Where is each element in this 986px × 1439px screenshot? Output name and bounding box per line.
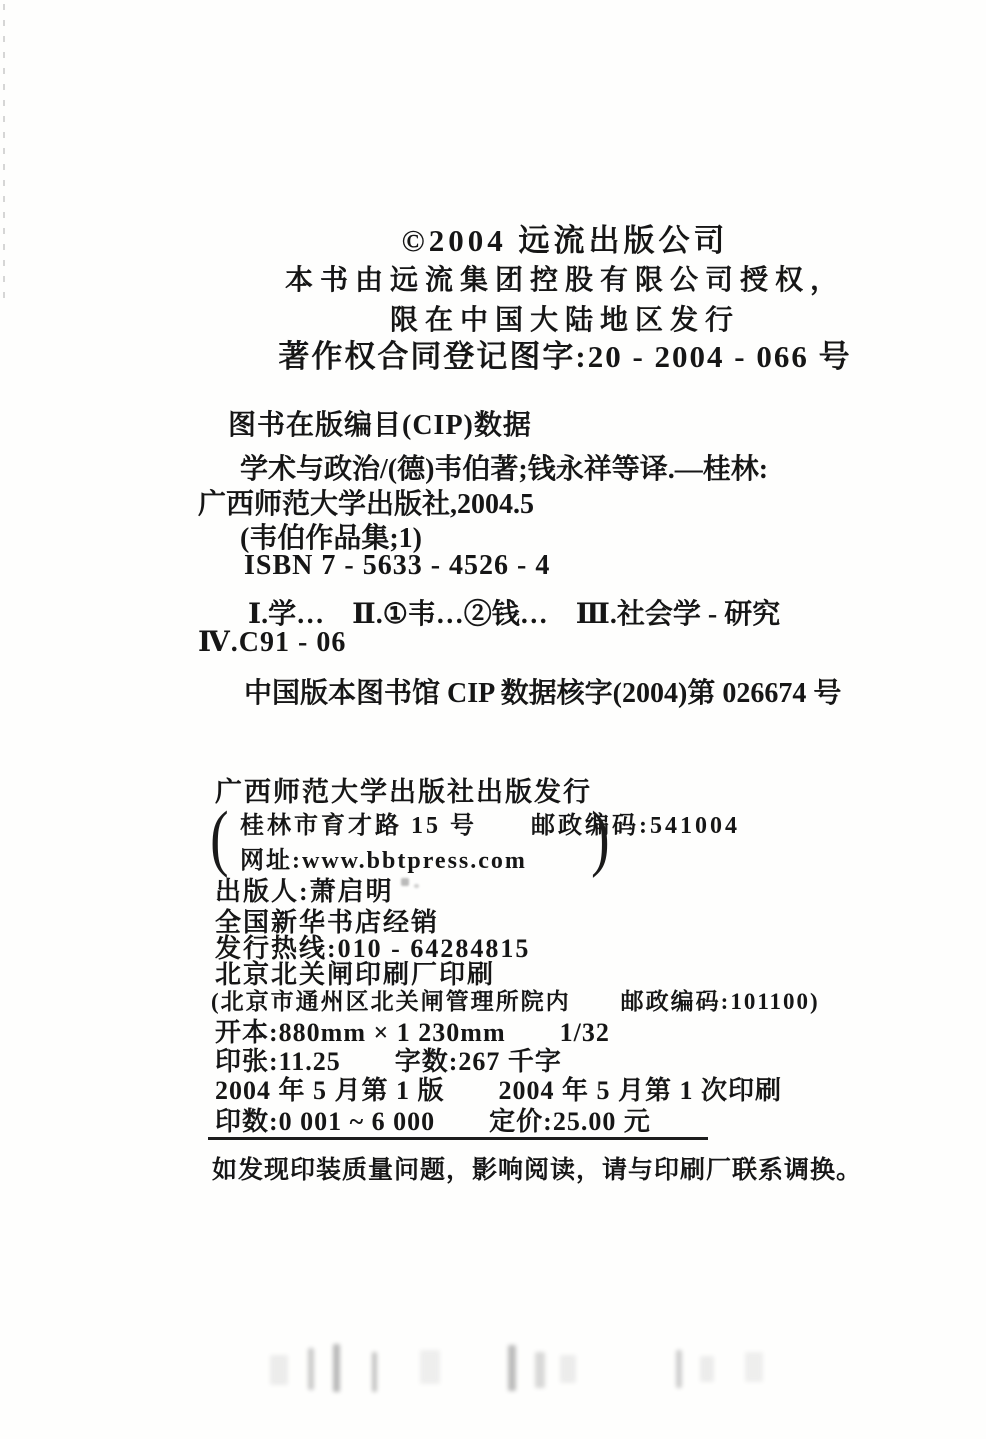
scan-speck xyxy=(414,884,419,888)
scan-smudge xyxy=(676,1350,682,1388)
scan-smudge xyxy=(745,1352,763,1382)
quality-note-line: 如发现印装质量问题，影响阅读，请与印刷厂联系调换。 xyxy=(212,1150,862,1186)
scan-smudge xyxy=(700,1356,714,1382)
cip-record-number-line: 中国版本图书馆 CIP 数据核字(2004)第 026674 号 xyxy=(244,671,841,711)
big-paren-open: ( xyxy=(210,796,228,881)
authorization-block: ©2004 远流出版公司 本书由远流集团控股有限公司授权， 限在中国大陆地区发行… xyxy=(145,221,985,377)
scan-smudge xyxy=(508,1345,516,1391)
authorization-line-1: 本书由远流集团控股有限公司授权， xyxy=(145,261,985,301)
print-run-price-line: 印数:0 001 ~ 6 000 定价:25.00 元 xyxy=(215,1101,651,1138)
scan-smudge xyxy=(535,1352,545,1388)
publisher-distribution-line: 广西师范大学出版社出版发行 xyxy=(215,770,592,809)
publisher-address-line: 桂林市育才路 15 号 邮政编码:541004 xyxy=(240,805,740,840)
cip-heading: 图书在版编目(CIP)数据 xyxy=(228,403,532,443)
scan-smudge xyxy=(420,1350,440,1384)
scanned-copyright-page: ©2004 远流出版公司 本书由远流集团控股有限公司授权， 限在中国大陆地区发行… xyxy=(0,0,986,1439)
authorization-line-2: 限在中国大陆地区发行 xyxy=(145,301,985,340)
scan-smudge xyxy=(560,1355,576,1383)
cip-isbn-line: ISBN 7 - 5633 - 4526 - 4 xyxy=(244,550,550,582)
publisher-website-line: 网址:www.bbtpress.com xyxy=(240,840,527,875)
scan-edge-artifact xyxy=(3,4,5,304)
horizontal-rule xyxy=(208,1137,708,1140)
scan-smudge xyxy=(333,1344,340,1392)
cip-classification-line-2: Ⅳ.C91 - 06 xyxy=(198,625,346,659)
scan-smudge xyxy=(308,1348,314,1390)
big-paren-close: ) xyxy=(591,796,609,881)
scan-smudge xyxy=(372,1352,377,1392)
copyright-line: ©2004 远流出版公司 xyxy=(145,221,985,261)
registration-number-line: 著作权合同登记图字:20 - 2004 - 066 号 xyxy=(145,337,985,377)
cip-title-line: 学术与政治/(德)韦伯著;钱永祥等译.—桂林: xyxy=(240,447,768,487)
scan-smudge xyxy=(270,1355,288,1385)
scan-speck xyxy=(401,878,409,886)
